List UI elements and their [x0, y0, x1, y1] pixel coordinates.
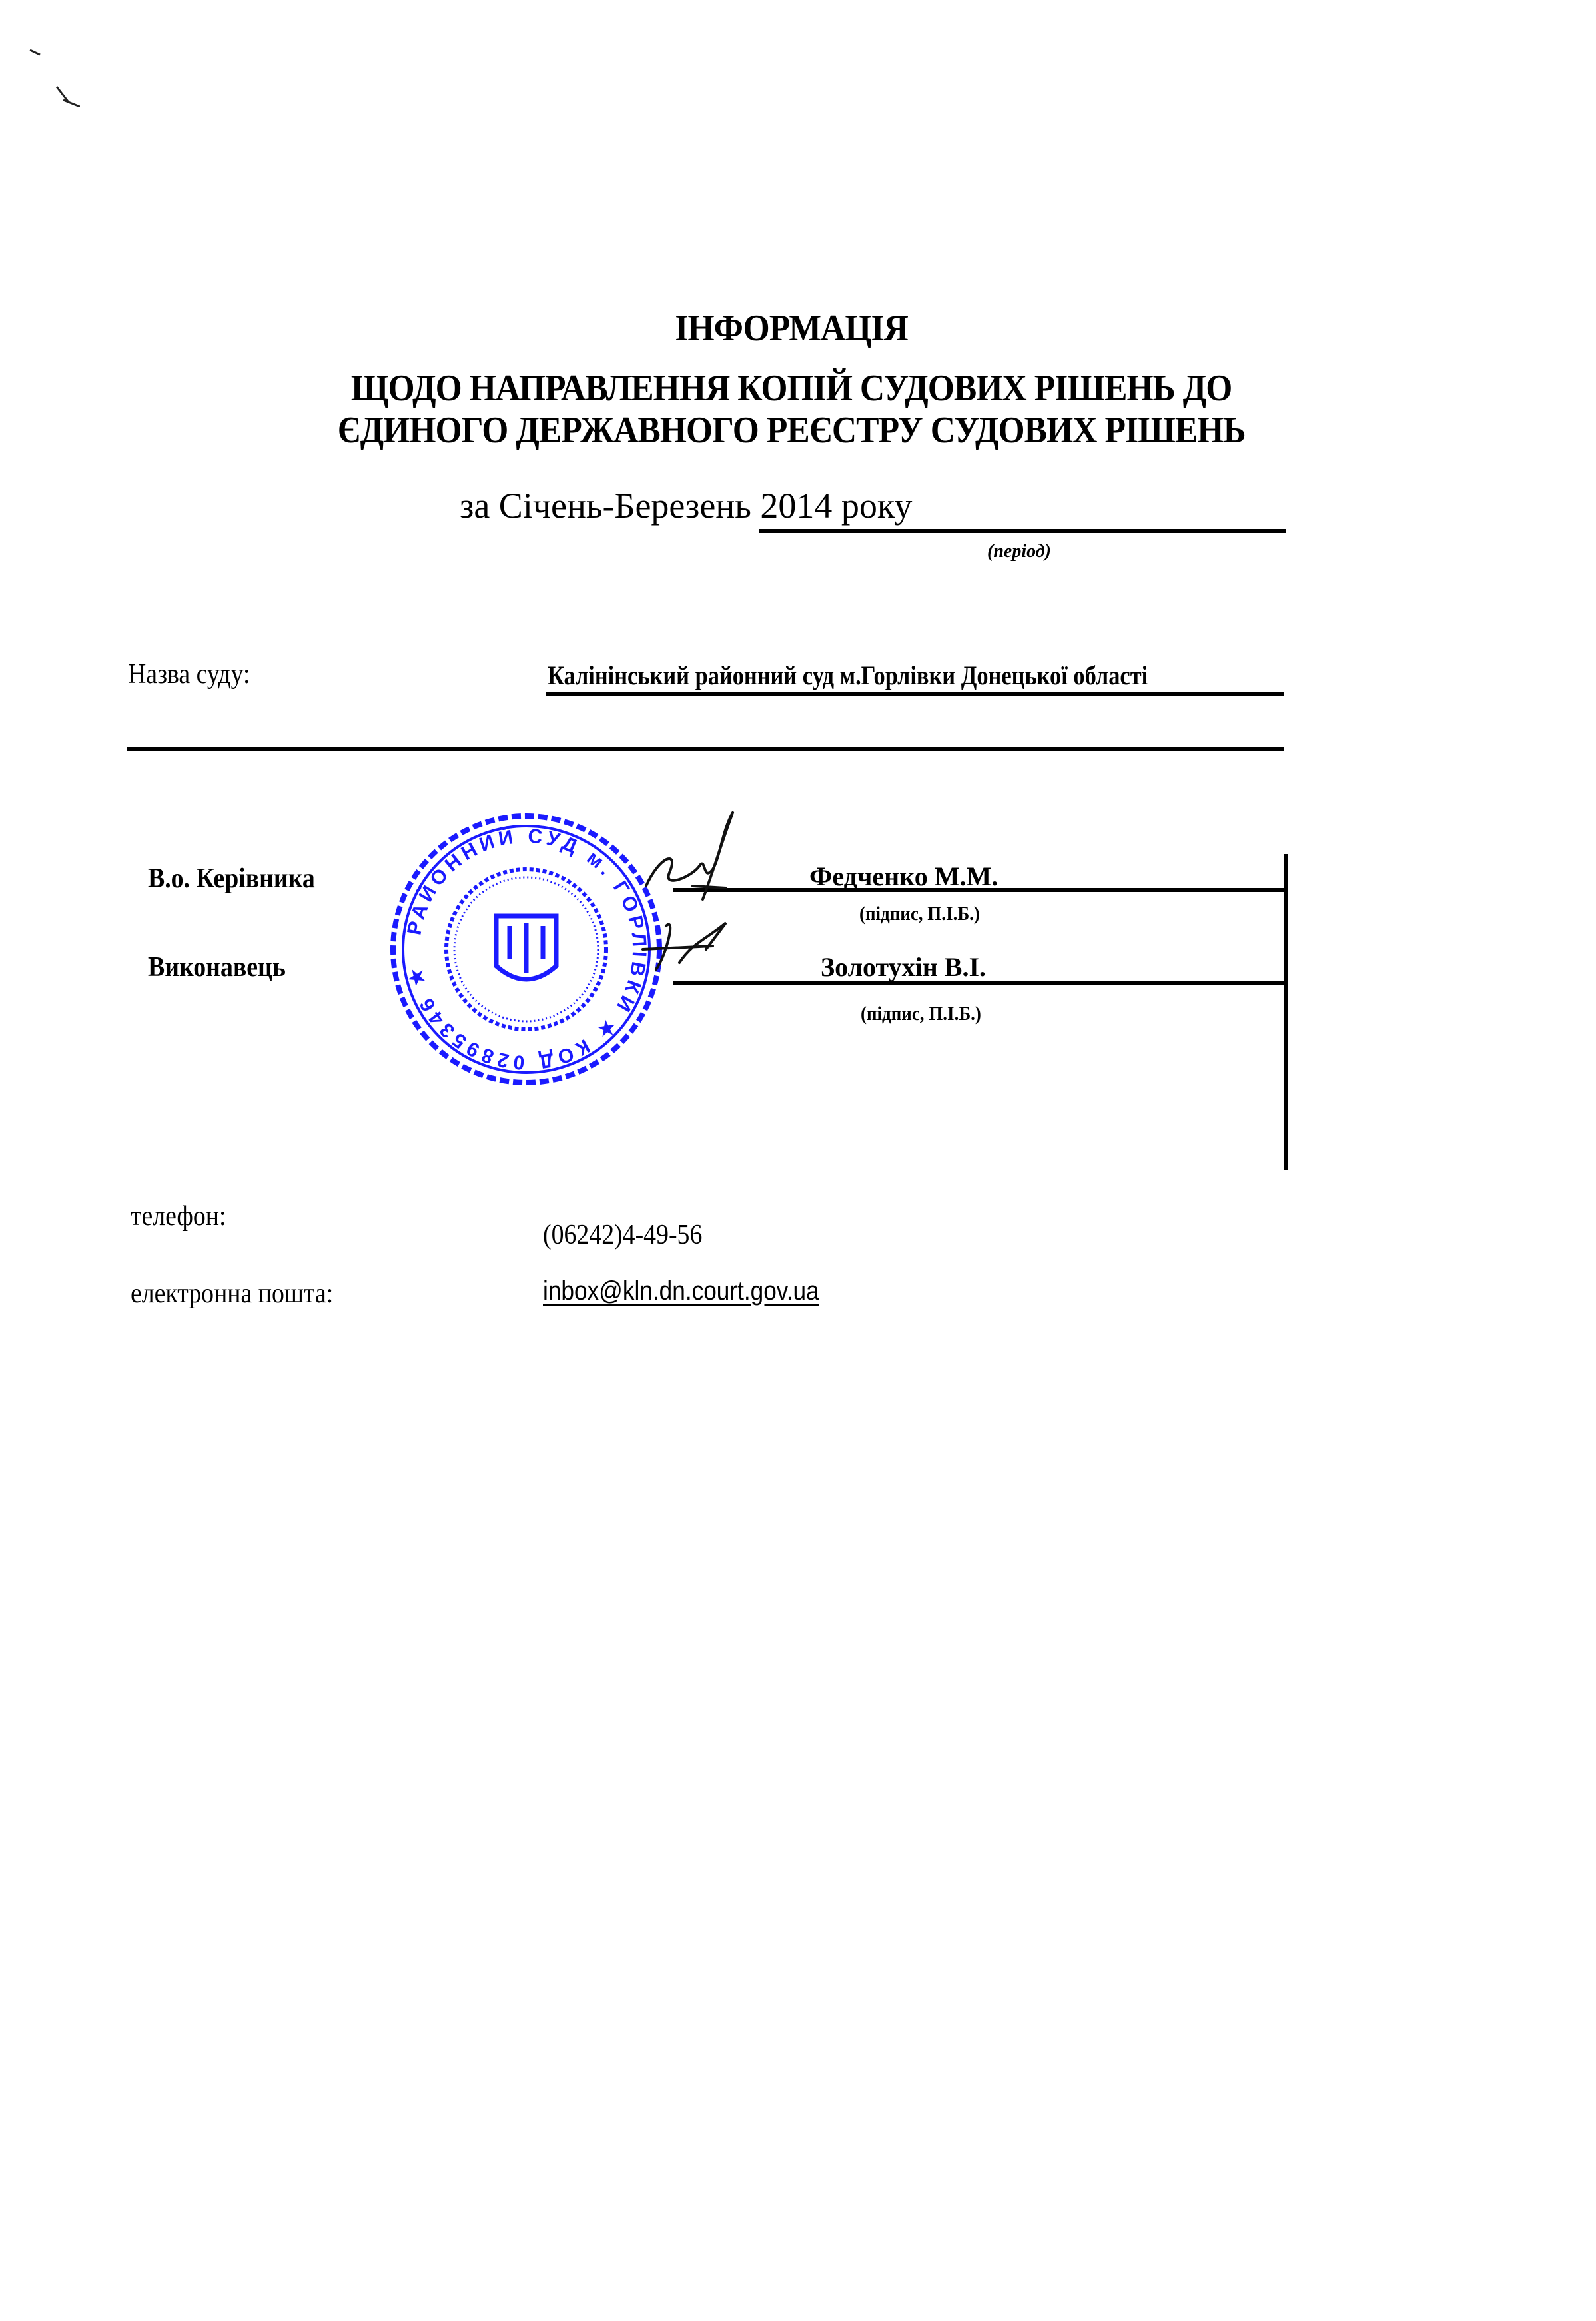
- document-title: ІНФОРМАЦІЯ: [57, 308, 1525, 349]
- signatory-role-head: В.о. Керівника: [148, 863, 315, 895]
- email-label: електронна пошта:: [131, 1278, 333, 1310]
- document-subtitle-line-2: ЄДИНОГО ДЕРЖАВНОГО РЕЄСТРУ СУДОВИХ РІШЕН…: [57, 410, 1525, 451]
- period-underline: [759, 529, 1286, 533]
- signature-caption-head: (підпис, П.І.Б.): [859, 903, 980, 925]
- vertical-border-line: [1284, 854, 1288, 1170]
- signature-line-head: [673, 888, 1286, 892]
- signature-caption-executor: (підпис, П.І.Б.): [861, 1003, 981, 1025]
- court-name-underline: [546, 692, 1284, 696]
- scan-artifact-mark: [27, 40, 80, 107]
- court-name-label: Назва суду:: [128, 658, 250, 690]
- court-name-value: Калінінський районний суд м.Горлівки Дон…: [548, 660, 1148, 691]
- period-text: за Січень-Березень 2014 року: [460, 485, 912, 526]
- phone-value: (06242)4-49-56: [543, 1219, 702, 1251]
- court-stamp-icon: РАЙОННИЙ СУД м. ГОРЛІВКИ ★ КОД 02895346 …: [386, 809, 666, 1089]
- signatory-name-head: Федченко М.М.: [809, 861, 998, 892]
- court-name-second-line: [127, 747, 1284, 751]
- period-caption: (період): [987, 541, 1051, 562]
- document-subtitle-line-1: ЩОДО НАПРАВЛЕННЯ КОПІЙ СУДОВИХ РІШЕНЬ ДО: [57, 368, 1525, 409]
- email-link[interactable]: inbox@kln.dn.court.gov.ua: [543, 1276, 819, 1306]
- signatory-role-executor: Виконавець: [148, 951, 286, 983]
- handwritten-signatures-icon: [639, 809, 739, 1009]
- signature-line-executor: [673, 981, 1286, 985]
- phone-label: телефон:: [131, 1200, 226, 1232]
- signatory-name-executor: Золотухін В.І.: [821, 951, 986, 983]
